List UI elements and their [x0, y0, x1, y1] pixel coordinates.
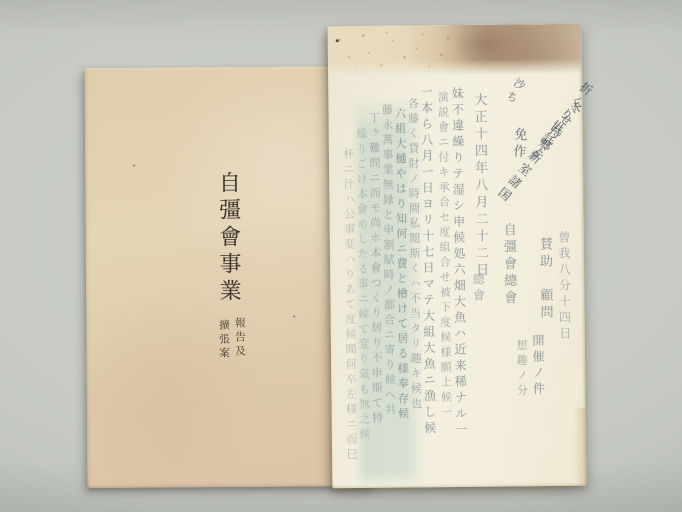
handwriting-column: 想趣ノ分	[513, 339, 530, 399]
handwriting-column: 大正十四年八月二十二日	[470, 93, 491, 280]
foxing-spot	[392, 40, 394, 42]
handwriting-column: 賛助 顧問	[536, 237, 556, 322]
paper-speck	[133, 165, 135, 167]
handwriting-column: 自彊會總會	[500, 222, 520, 307]
paper-speck	[293, 316, 295, 318]
booklet-title-vertical: 自彊會事業	[213, 171, 245, 306]
foxing-spot	[368, 52, 370, 54]
foxing-spot	[447, 37, 450, 40]
foxing-spot	[422, 33, 424, 35]
manuscript-page: 曾我八分十四日賛助 顧問開催ノ件想趣ノ分自彊會總會大正十四年八月二十二日總會妹不…	[328, 24, 587, 489]
foxing-spot	[386, 32, 388, 34]
foxing-spot	[355, 68, 357, 70]
ink-speck	[336, 39, 339, 42]
handwriting-column: 開催ノ件	[530, 334, 548, 398]
booklet-subtitle-right-column: 報告及	[231, 317, 247, 359]
foxing-spot	[428, 65, 431, 68]
handwriting-column: 總會	[470, 273, 487, 305]
photo-stage: 自彊會事業 報告及 擴張案 曾我八分十四日賛助 顧問開催ノ件想趣ノ分自彊會總會大…	[0, 0, 682, 512]
handwriting-column: 曾我八分十四日	[556, 231, 574, 343]
handwriting-column: 杯ニ汁ハ公事変ハりあて度候間何卒左様ニ而巳	[340, 148, 359, 463]
foxing-spot	[380, 64, 383, 67]
ink-annotation: 免作	[509, 127, 530, 162]
foxing-spot	[348, 56, 350, 58]
ink-annotation: 沙ち	[500, 74, 529, 108]
foxing-spot	[362, 34, 365, 37]
booklet-subtitle-left-column: 擴張案	[215, 319, 231, 361]
foxing-spot	[416, 47, 418, 49]
ink-annotation: 冬せ持郷新室諸国	[492, 97, 586, 207]
foxing-spot	[403, 56, 406, 59]
foxing-spot	[440, 53, 443, 56]
stain-band	[328, 24, 583, 77]
